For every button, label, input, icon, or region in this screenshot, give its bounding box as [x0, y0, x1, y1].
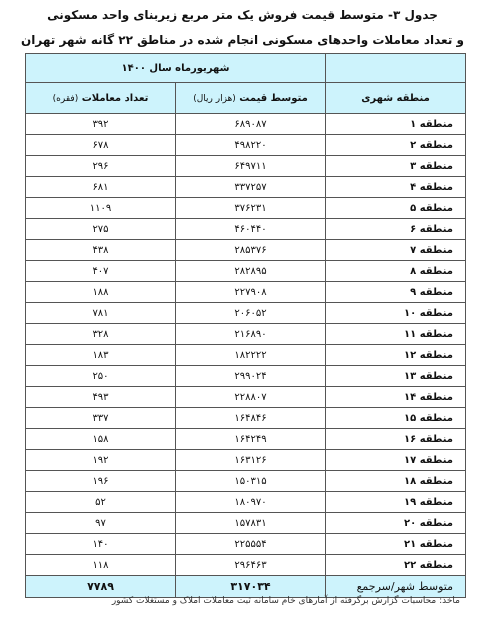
region-label: منطقه شهری	[361, 93, 430, 104]
cell-count: ۵۲	[26, 492, 176, 513]
cell-region: منطقه ۱۳	[326, 366, 466, 387]
period-header: شهریورماه سال ۱۴۰۰	[26, 54, 326, 83]
column-header-count: تعداد معاملات (فقره)	[26, 83, 176, 114]
cell-price: ۶۸۹۰۸۷	[176, 114, 326, 135]
cell-region: منطقه ۶	[326, 219, 466, 240]
cell-region: منطقه ۷	[326, 240, 466, 261]
cell-count: ۴۹۳	[26, 387, 176, 408]
table-row: منطقه ۱۶۱۶۴۲۴۹۱۵۸	[26, 429, 466, 450]
table-row: منطقه ۱۷۱۶۳۱۲۶۱۹۲	[26, 450, 466, 471]
cell-region: منطقه ۱۷	[326, 450, 466, 471]
table-row: منطقه ۱۰۲۰۶۰۵۲۷۸۱	[26, 303, 466, 324]
cell-region: منطقه ۱۴	[326, 387, 466, 408]
cell-count: ۲۹۶	[26, 156, 176, 177]
cell-region: منطقه ۱۰	[326, 303, 466, 324]
price-label: متوسط قیمت	[239, 93, 308, 104]
table-row: منطقه ۱۱۲۱۶۸۹۰۳۲۸	[26, 324, 466, 345]
table-row: منطقه ۱۵۱۶۴۸۴۶۳۳۷	[26, 408, 466, 429]
total-price: ۳۱۷۰۳۴	[176, 576, 326, 598]
cell-region: منطقه ۳	[326, 156, 466, 177]
total-region: متوسط شهر/سرجمع	[326, 576, 466, 598]
table-row: منطقه ۵۳۷۶۲۳۱۱۱۰۹	[26, 198, 466, 219]
total-row: متوسط شهر/سرجمع۳۱۷۰۳۴۷۷۸۹	[26, 576, 466, 598]
cell-region: منطقه ۲۲	[326, 555, 466, 576]
cell-count: ۱۴۰	[26, 534, 176, 555]
header-row-period: شهریورماه سال ۱۴۰۰	[26, 54, 466, 83]
column-header-price: متوسط قیمت (هزار ریال)	[176, 83, 326, 114]
cell-region: منطقه ۱۶	[326, 429, 466, 450]
table-row: منطقه ۲۴۹۸۲۲۰۶۷۸	[26, 135, 466, 156]
source-note: ماخذ: محاسبات گزارش برگرفته از آمارهای خ…	[112, 596, 460, 606]
cell-region: منطقه ۱۸	[326, 471, 466, 492]
cell-count: ۱۸۸	[26, 282, 176, 303]
cell-price: ۱۸۰۹۷۰	[176, 492, 326, 513]
table-row: منطقه ۸۲۸۲۸۹۵۴۰۷	[26, 261, 466, 282]
cell-price: ۳۷۶۲۳۱	[176, 198, 326, 219]
table-row: منطقه ۱۶۸۹۰۸۷۳۹۲	[26, 114, 466, 135]
table-row: منطقه ۷۲۸۵۳۷۶۴۳۸	[26, 240, 466, 261]
cell-price: ۲۲۷۹۰۸	[176, 282, 326, 303]
header-empty-cell	[326, 54, 466, 83]
table-title: جدول ۳- متوسط قیمت فروش یک متر مربع زیرب…	[0, 8, 485, 22]
cell-price: ۲۹۶۴۶۳	[176, 555, 326, 576]
cell-region: منطقه ۱۱	[326, 324, 466, 345]
cell-region: منطقه ۲۰	[326, 513, 466, 534]
count-label: تعداد معاملات	[82, 93, 149, 104]
cell-price: ۲۲۵۵۵۴	[176, 534, 326, 555]
cell-region: منطقه ۲۱	[326, 534, 466, 555]
table-subtitle: و تعداد معاملات واحدهای مسکونی انجام شده…	[0, 33, 485, 47]
price-unit: (هزار ریال)	[193, 94, 236, 104]
cell-count: ۴۳۸	[26, 240, 176, 261]
cell-price: ۲۸۲۸۹۵	[176, 261, 326, 282]
cell-count: ۳۲۸	[26, 324, 176, 345]
total-count: ۷۷۸۹	[26, 576, 176, 598]
cell-region: منطقه ۴	[326, 177, 466, 198]
header-row-columns: منطقه شهری متوسط قیمت (هزار ریال) تعداد …	[26, 83, 466, 114]
cell-count: ۲۷۵	[26, 219, 176, 240]
cell-price: ۲۲۸۸۰۷	[176, 387, 326, 408]
cell-price: ۱۵۰۳۱۵	[176, 471, 326, 492]
cell-price: ۱۵۷۸۳۱	[176, 513, 326, 534]
table-row: منطقه ۱۲۱۸۲۲۲۲۱۸۳	[26, 345, 466, 366]
table-row: منطقه ۲۱۲۲۵۵۵۴۱۴۰	[26, 534, 466, 555]
table-row: منطقه ۱۸۱۵۰۳۱۵۱۹۶	[26, 471, 466, 492]
cell-price: ۲۱۶۸۹۰	[176, 324, 326, 345]
cell-price: ۱۶۴۸۴۶	[176, 408, 326, 429]
cell-price: ۲۸۵۳۷۶	[176, 240, 326, 261]
count-unit: (فقره)	[53, 94, 79, 104]
table-row: منطقه ۱۹۱۸۰۹۷۰۵۲	[26, 492, 466, 513]
column-header-region: منطقه شهری	[326, 83, 466, 114]
cell-count: ۱۱۰۹	[26, 198, 176, 219]
cell-count: ۱۹۲	[26, 450, 176, 471]
cell-count: ۱۸۳	[26, 345, 176, 366]
cell-region: منطقه ۲	[326, 135, 466, 156]
cell-count: ۲۵۰	[26, 366, 176, 387]
cell-count: ۴۰۷	[26, 261, 176, 282]
cell-count: ۱۱۸	[26, 555, 176, 576]
cell-count: ۹۷	[26, 513, 176, 534]
housing-price-table: شهریورماه سال ۱۴۰۰ منطقه شهری متوسط قیمت…	[25, 53, 466, 598]
table-row: منطقه ۲۲۲۹۶۴۶۳۱۱۸	[26, 555, 466, 576]
table-row: منطقه ۴۳۳۷۲۵۷۶۸۱	[26, 177, 466, 198]
cell-price: ۴۶۰۴۴۰	[176, 219, 326, 240]
cell-count: ۱۵۸	[26, 429, 176, 450]
cell-count: ۳۳۷	[26, 408, 176, 429]
table-row: منطقه ۹۲۲۷۹۰۸۱۸۸	[26, 282, 466, 303]
cell-region: منطقه ۸	[326, 261, 466, 282]
cell-region: منطقه ۵	[326, 198, 466, 219]
cell-price: ۲۰۶۰۵۲	[176, 303, 326, 324]
table-row: منطقه ۶۴۶۰۴۴۰۲۷۵	[26, 219, 466, 240]
table-row: منطقه ۱۴۲۲۸۸۰۷۴۹۳	[26, 387, 466, 408]
table-row: منطقه ۱۳۲۹۹۰۲۴۲۵۰	[26, 366, 466, 387]
cell-price: ۱۶۳۱۲۶	[176, 450, 326, 471]
cell-count: ۶۸۱	[26, 177, 176, 198]
cell-count: ۱۹۶	[26, 471, 176, 492]
cell-count: ۳۹۲	[26, 114, 176, 135]
cell-count: ۶۷۸	[26, 135, 176, 156]
cell-region: منطقه ۱۲	[326, 345, 466, 366]
cell-region: منطقه ۱۹	[326, 492, 466, 513]
cell-price: ۴۹۸۲۲۰	[176, 135, 326, 156]
table-body: منطقه ۱۶۸۹۰۸۷۳۹۲منطقه ۲۴۹۸۲۲۰۶۷۸منطقه ۳۶…	[26, 114, 466, 598]
cell-price: ۱۸۲۲۲۲	[176, 345, 326, 366]
cell-region: منطقه ۱۵	[326, 408, 466, 429]
cell-region: منطقه ۱	[326, 114, 466, 135]
cell-region: منطقه ۹	[326, 282, 466, 303]
table-row: منطقه ۲۰۱۵۷۸۳۱۹۷	[26, 513, 466, 534]
table-row: منطقه ۳۶۴۹۷۱۱۲۹۶	[26, 156, 466, 177]
cell-price: ۳۳۷۲۵۷	[176, 177, 326, 198]
cell-count: ۷۸۱	[26, 303, 176, 324]
cell-price: ۶۴۹۷۱۱	[176, 156, 326, 177]
cell-price: ۲۹۹۰۲۴	[176, 366, 326, 387]
cell-price: ۱۶۴۲۴۹	[176, 429, 326, 450]
